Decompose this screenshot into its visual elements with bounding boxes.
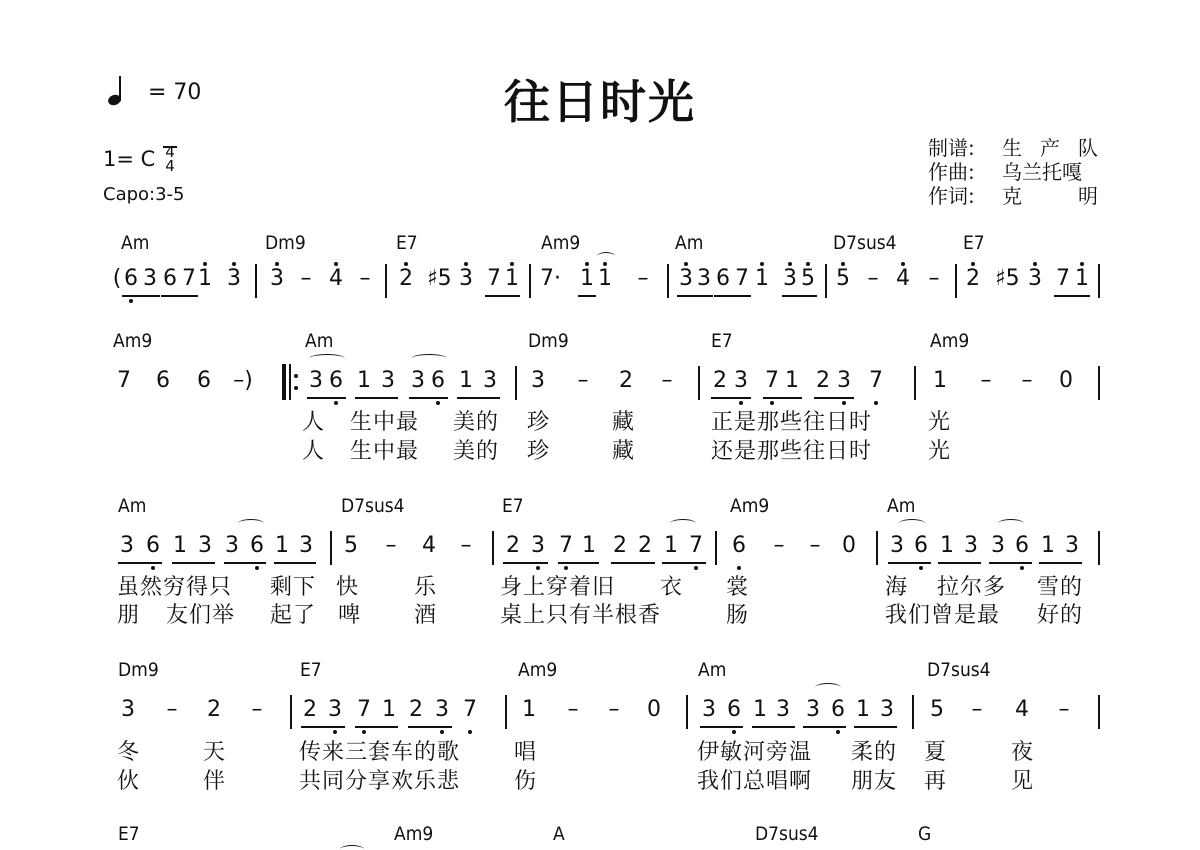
lyric-text: 伴 — [203, 764, 226, 795]
note: 7 — [460, 697, 480, 722]
underline-beam — [700, 726, 743, 728]
note: – — [247, 697, 267, 722]
tie-slur — [815, 683, 841, 692]
note: 3 — [222, 533, 242, 558]
note: 3 — [528, 368, 548, 393]
lyric-text: 剩下 — [270, 570, 316, 601]
note: 1 — [853, 697, 873, 722]
octave-dot-low — [836, 730, 840, 734]
note: 7 — [866, 368, 886, 393]
note: 4 — [326, 266, 346, 291]
lyric-text: 海 — [885, 570, 908, 601]
credit-lyricist: 作词: 克明 — [928, 184, 1098, 208]
note: 2 — [396, 266, 416, 291]
note: 0 — [1056, 368, 1076, 393]
chord-symbol: Am9 — [730, 495, 769, 517]
key-label: 1= C — [103, 147, 155, 171]
tie-slur — [309, 354, 345, 363]
underline-beam — [578, 295, 596, 297]
underline-beam — [558, 562, 599, 564]
note: 3 — [325, 697, 345, 722]
octave-dot-high — [203, 262, 207, 266]
note: – — [296, 266, 316, 291]
underline-beam — [854, 726, 897, 728]
barline — [492, 531, 494, 565]
credits-block: 制谱: 生产队 作曲: 乌兰托嘎 作词: 克明 — [928, 136, 1098, 208]
octave-dot-high — [510, 262, 514, 266]
octave-dot-low — [333, 730, 337, 734]
note: – — [1054, 697, 1074, 722]
underline-beam — [503, 562, 548, 564]
octave-dot-high — [334, 262, 338, 266]
barline — [715, 531, 717, 565]
lyric-text: 光 — [928, 405, 951, 436]
note: 7 — [732, 266, 752, 291]
note: 3 — [773, 697, 793, 722]
note: 1 — [1038, 533, 1058, 558]
octave-dot-low — [468, 730, 472, 734]
underline-beam — [355, 397, 398, 399]
lyric-text: 裳 — [726, 570, 749, 601]
lyric-text: 好的 — [1037, 598, 1083, 629]
lyric-text: 正是那些往日时 — [711, 405, 872, 436]
chord-symbol: E7 — [711, 330, 733, 352]
note: 6 — [160, 266, 180, 291]
time-signature: 4 4 — [165, 145, 175, 173]
octave-dot-high — [788, 262, 792, 266]
underline-beam — [122, 295, 160, 297]
note: 5 — [833, 266, 853, 291]
lyric-text: 酒 — [414, 598, 437, 629]
note: 2 — [616, 368, 636, 393]
note: 1 — [456, 368, 476, 393]
lyric-text: 人 — [302, 405, 325, 436]
chord-symbol: Am — [305, 330, 333, 352]
repeat-start-thin — [289, 364, 291, 400]
chord-symbol: E7 — [118, 823, 140, 845]
underline-beam — [752, 726, 795, 728]
underline-beam — [1054, 295, 1090, 297]
note: – — [563, 697, 583, 722]
barline — [914, 366, 916, 400]
lyric-text: 朋 — [117, 598, 140, 629]
note: – — [1017, 368, 1037, 393]
note: 2 — [710, 368, 730, 393]
note: 1 — [354, 368, 374, 393]
note: 3 — [408, 368, 428, 393]
chord-symbol: E7 — [300, 659, 322, 681]
lyric-text: 光 — [928, 434, 951, 465]
lyric-text: 起了 — [270, 598, 316, 629]
note: 3 — [731, 368, 751, 393]
chord-symbol: Am9 — [930, 330, 969, 352]
octave-dot-low — [334, 401, 338, 405]
note: 3 — [432, 697, 452, 722]
octave-dot-low — [255, 566, 259, 570]
octave-dot-low — [362, 730, 366, 734]
chord-symbol: D7sus4 — [341, 495, 405, 517]
note: 1 — [195, 266, 215, 291]
chord-symbol: Dm9 — [528, 330, 569, 352]
note: 6 — [247, 533, 267, 558]
lyric-text: 生中最 — [350, 405, 419, 436]
note: – — [967, 697, 987, 722]
chord-symbol: Am — [675, 232, 703, 254]
lyric-text: 虽然穷得只 — [117, 570, 232, 601]
note: 3 — [267, 266, 287, 291]
lyric-text: 伙 — [117, 764, 140, 795]
note: 3 — [528, 533, 548, 558]
note: 1 — [750, 697, 770, 722]
octave-dot-low — [436, 401, 440, 405]
octave-dot-high — [684, 262, 688, 266]
underline-beam — [409, 397, 448, 399]
note: 1 — [579, 533, 599, 558]
note: 2 — [963, 266, 983, 291]
note: 6 — [1012, 533, 1032, 558]
note: 3 — [803, 697, 823, 722]
octave-dot-low — [1020, 566, 1024, 570]
octave-dot-low — [732, 730, 736, 734]
chord-symbol: Am — [698, 659, 726, 681]
underline-beam — [611, 562, 655, 564]
octave-dot-high — [232, 262, 236, 266]
note: 6 — [911, 533, 931, 558]
lyric-text: 人 — [302, 434, 325, 465]
note: 3 — [834, 368, 854, 393]
octave-dot-high — [901, 262, 905, 266]
octave-dot-high — [1033, 262, 1037, 266]
chord-symbol: Dm9 — [118, 659, 159, 681]
lyric-text: 美的 — [453, 405, 499, 436]
note: 4 — [893, 266, 913, 291]
note: 1 — [1072, 266, 1092, 291]
note: 7 — [762, 368, 782, 393]
barline — [825, 264, 827, 298]
lyric-text: 珍 — [527, 405, 550, 436]
barline — [385, 264, 387, 298]
barline — [255, 264, 257, 298]
note: 3 — [378, 368, 398, 393]
chord-symbol: Dm9 — [265, 232, 306, 254]
lyric-text: 冬 — [117, 735, 140, 766]
credit-arranger: 制谱: 生产队 — [928, 136, 1098, 160]
underline-beam — [714, 295, 751, 297]
note: 5 — [798, 266, 818, 291]
note: 3 — [877, 697, 897, 722]
tie-slur — [899, 519, 925, 528]
note: 6 — [729, 533, 749, 558]
note: –) — [233, 368, 253, 393]
note: 3 — [306, 368, 326, 393]
lyric-text: 生中最 — [350, 434, 419, 465]
note: – — [633, 266, 653, 291]
note: 6 — [121, 266, 141, 291]
lyric-text: 我们总唱啊 — [697, 764, 812, 795]
note: 3 — [195, 533, 215, 558]
note: 6 — [194, 368, 214, 393]
note: 6 — [428, 368, 448, 393]
note: – — [863, 266, 883, 291]
note: 3 — [480, 368, 500, 393]
note: 3 — [296, 533, 316, 558]
barline — [1098, 366, 1100, 400]
octave-dot-low — [694, 566, 698, 570]
repeat-dot — [294, 374, 298, 378]
chord-symbol: Am9 — [394, 823, 433, 845]
barline — [686, 695, 688, 729]
underline-beam — [989, 562, 1032, 564]
note: 6 — [143, 533, 163, 558]
note: 3 — [224, 266, 244, 291]
lyric-text: 还是那些往日时 — [711, 434, 872, 465]
lyric-text: 桌上只有半根香 — [500, 598, 661, 629]
note: – — [355, 266, 375, 291]
chord-symbol: D7sus4 — [755, 823, 819, 845]
capo-label: Capo:3-5 — [103, 184, 185, 205]
underline-beam — [803, 726, 846, 728]
chord-symbol: D7sus4 — [833, 232, 897, 254]
chord-symbol: G — [918, 823, 931, 845]
underline-beam — [662, 562, 706, 564]
note: 7· — [540, 266, 560, 291]
barline — [529, 264, 531, 298]
barline — [912, 695, 914, 729]
barline — [1098, 264, 1100, 298]
chord-symbol: Am — [887, 495, 915, 517]
note: – — [381, 533, 401, 558]
chord-symbol: E7 — [396, 232, 418, 254]
lyric-text: 朋友 — [851, 764, 897, 795]
lyric-text: 伤 — [514, 764, 537, 795]
note: 2 — [406, 697, 426, 722]
chord-symbol: Am9 — [113, 330, 152, 352]
tie-slur — [411, 354, 447, 363]
octave-dot-high — [275, 262, 279, 266]
chord-symbol: Am — [121, 232, 149, 254]
octave-dot-low — [440, 730, 444, 734]
underline-beam — [172, 562, 215, 564]
octave-dot-high — [404, 262, 408, 266]
octave-dot-high — [971, 262, 975, 266]
note: – — [657, 368, 677, 393]
note: 3 — [780, 266, 800, 291]
note: 3 — [694, 266, 714, 291]
octave-dot-high — [841, 262, 845, 266]
underline-beam — [355, 726, 398, 728]
lyric-text: 柔的 — [851, 735, 897, 766]
note: – — [604, 697, 624, 722]
barline — [515, 366, 517, 400]
note: 1 — [937, 533, 957, 558]
chord-symbol: Am9 — [541, 232, 580, 254]
note: 3 — [988, 533, 1008, 558]
lyric-text: 啤 — [338, 598, 361, 629]
note: 6 — [724, 697, 744, 722]
octave-dot-high — [464, 262, 468, 266]
note: 3 — [961, 533, 981, 558]
note: 0 — [644, 697, 664, 722]
lyric-text: 共同分享欢乐悲 — [299, 764, 460, 795]
underline-beam — [485, 295, 520, 297]
underline-beam — [782, 295, 817, 297]
tie-slur — [670, 519, 696, 528]
note: 1 — [170, 533, 190, 558]
barline — [955, 264, 957, 298]
octave-dot-low — [874, 401, 878, 405]
note: 4 — [419, 533, 439, 558]
chord-symbol: Am9 — [518, 659, 557, 681]
lyric-text: 夏 — [924, 735, 947, 766]
barline — [667, 264, 669, 298]
underline-beam — [763, 397, 802, 399]
note: 2 — [204, 697, 224, 722]
lyric-text: 藏 — [612, 434, 635, 465]
note: ♯5 — [995, 266, 1015, 291]
lyric-text: 藏 — [612, 405, 635, 436]
barline — [1098, 695, 1100, 729]
octave-dot-low — [129, 299, 133, 303]
lyric-text: 见 — [1011, 764, 1034, 795]
underline-beam — [224, 562, 266, 564]
barline — [876, 531, 878, 565]
octave-dot-high — [1080, 262, 1084, 266]
octave-dot-high — [603, 262, 607, 266]
barline — [698, 366, 700, 400]
credit-composer: 作曲: 乌兰托嘎 — [928, 160, 1098, 184]
note: – — [805, 533, 825, 558]
note: 1 — [782, 368, 802, 393]
chord-symbol: Am — [118, 495, 146, 517]
note: 3 — [117, 533, 137, 558]
repeat-start-thick — [282, 364, 286, 400]
note: 7 — [354, 697, 374, 722]
note: – — [162, 697, 182, 722]
note: 3 — [887, 533, 907, 558]
underline-beam — [301, 726, 345, 728]
note: 3 — [456, 266, 476, 291]
lyric-text: 快 — [336, 570, 359, 601]
underline-beam — [408, 726, 452, 728]
note: 2 — [300, 697, 320, 722]
note: 4 — [1012, 697, 1032, 722]
note: ♯5 — [427, 266, 447, 291]
chord-symbol: E7 — [963, 232, 985, 254]
lyric-text: 唱 — [514, 735, 537, 766]
key-signature: 1= C 4 4 — [103, 145, 175, 173]
chord-symbol: E7 — [502, 495, 524, 517]
note: 1 — [379, 697, 399, 722]
note: 5 — [341, 533, 361, 558]
note: 7 — [686, 533, 706, 558]
octave-dot-high — [760, 262, 764, 266]
note: – — [573, 368, 593, 393]
chord-symbol: D7sus4 — [927, 659, 991, 681]
underline-beam — [1039, 562, 1082, 564]
note: 1 — [930, 368, 950, 393]
lyric-text: 雪的 — [1037, 570, 1083, 601]
tie-slur — [998, 519, 1024, 528]
note: 2 — [610, 533, 630, 558]
repeat-dot — [294, 386, 298, 390]
lyric-text: 肠 — [726, 598, 749, 629]
lyric-text: 天 — [203, 735, 226, 766]
underline-beam — [307, 397, 346, 399]
tie-slur — [340, 845, 364, 850]
time-sig-denominator: 4 — [165, 159, 175, 173]
note: – — [976, 368, 996, 393]
chord-symbol: A — [553, 823, 565, 845]
note: 0 — [839, 533, 859, 558]
tempo-value: = 70 — [148, 80, 201, 105]
note: 1 — [577, 266, 597, 291]
note: 3 — [699, 697, 719, 722]
note: 3 — [140, 266, 160, 291]
octave-dot-high — [806, 262, 810, 266]
note: 6 — [153, 368, 173, 393]
lyric-text: 美的 — [453, 434, 499, 465]
note: 7 — [1053, 266, 1073, 291]
lyric-text: 身上穿着旧 — [500, 570, 615, 601]
note: 2 — [635, 533, 655, 558]
note: 3 — [676, 266, 696, 291]
note: 1 — [752, 266, 772, 291]
note: 5 — [927, 697, 947, 722]
lyric-text: 我们曾是最 — [885, 598, 1000, 629]
barline — [505, 695, 507, 729]
note: 6 — [326, 368, 346, 393]
note: 7 — [484, 266, 504, 291]
underline-beam — [888, 562, 931, 564]
octave-dot-low — [919, 566, 923, 570]
barline — [290, 695, 292, 729]
underline-beam — [161, 295, 198, 297]
note: 6 — [828, 697, 848, 722]
note: 3 — [1062, 533, 1082, 558]
underline-beam — [274, 562, 316, 564]
note: 7 — [556, 533, 576, 558]
note: – — [456, 533, 476, 558]
tie-slur — [238, 519, 264, 528]
lyric-text: 夜 — [1011, 735, 1034, 766]
barline — [330, 531, 332, 565]
underline-beam — [711, 397, 751, 399]
tie-slur — [597, 252, 615, 261]
note: 3 — [118, 697, 138, 722]
lyric-text: 传来三套车的歌 — [299, 735, 460, 766]
note: – — [924, 266, 944, 291]
note: 1 — [272, 533, 292, 558]
note: 1 — [502, 266, 522, 291]
note: 2 — [813, 368, 833, 393]
lyric-text: 衣 — [660, 570, 683, 601]
underline-beam — [938, 562, 981, 564]
barline — [1098, 531, 1100, 565]
note: 1 — [661, 533, 681, 558]
quarter-note-icon — [106, 76, 134, 108]
note: 6 — [713, 266, 733, 291]
underline-beam — [457, 397, 500, 399]
lyric-text: 再 — [924, 764, 947, 795]
lyric-text: 乐 — [414, 570, 437, 601]
note: 1 — [595, 266, 615, 291]
lyric-text: 拉尔多 — [937, 570, 1006, 601]
note: 1 — [519, 697, 539, 722]
underline-beam — [814, 397, 854, 399]
lyric-text: 珍 — [527, 434, 550, 465]
lyric-text: 友们举 — [166, 598, 235, 629]
note: 3 — [1025, 266, 1045, 291]
